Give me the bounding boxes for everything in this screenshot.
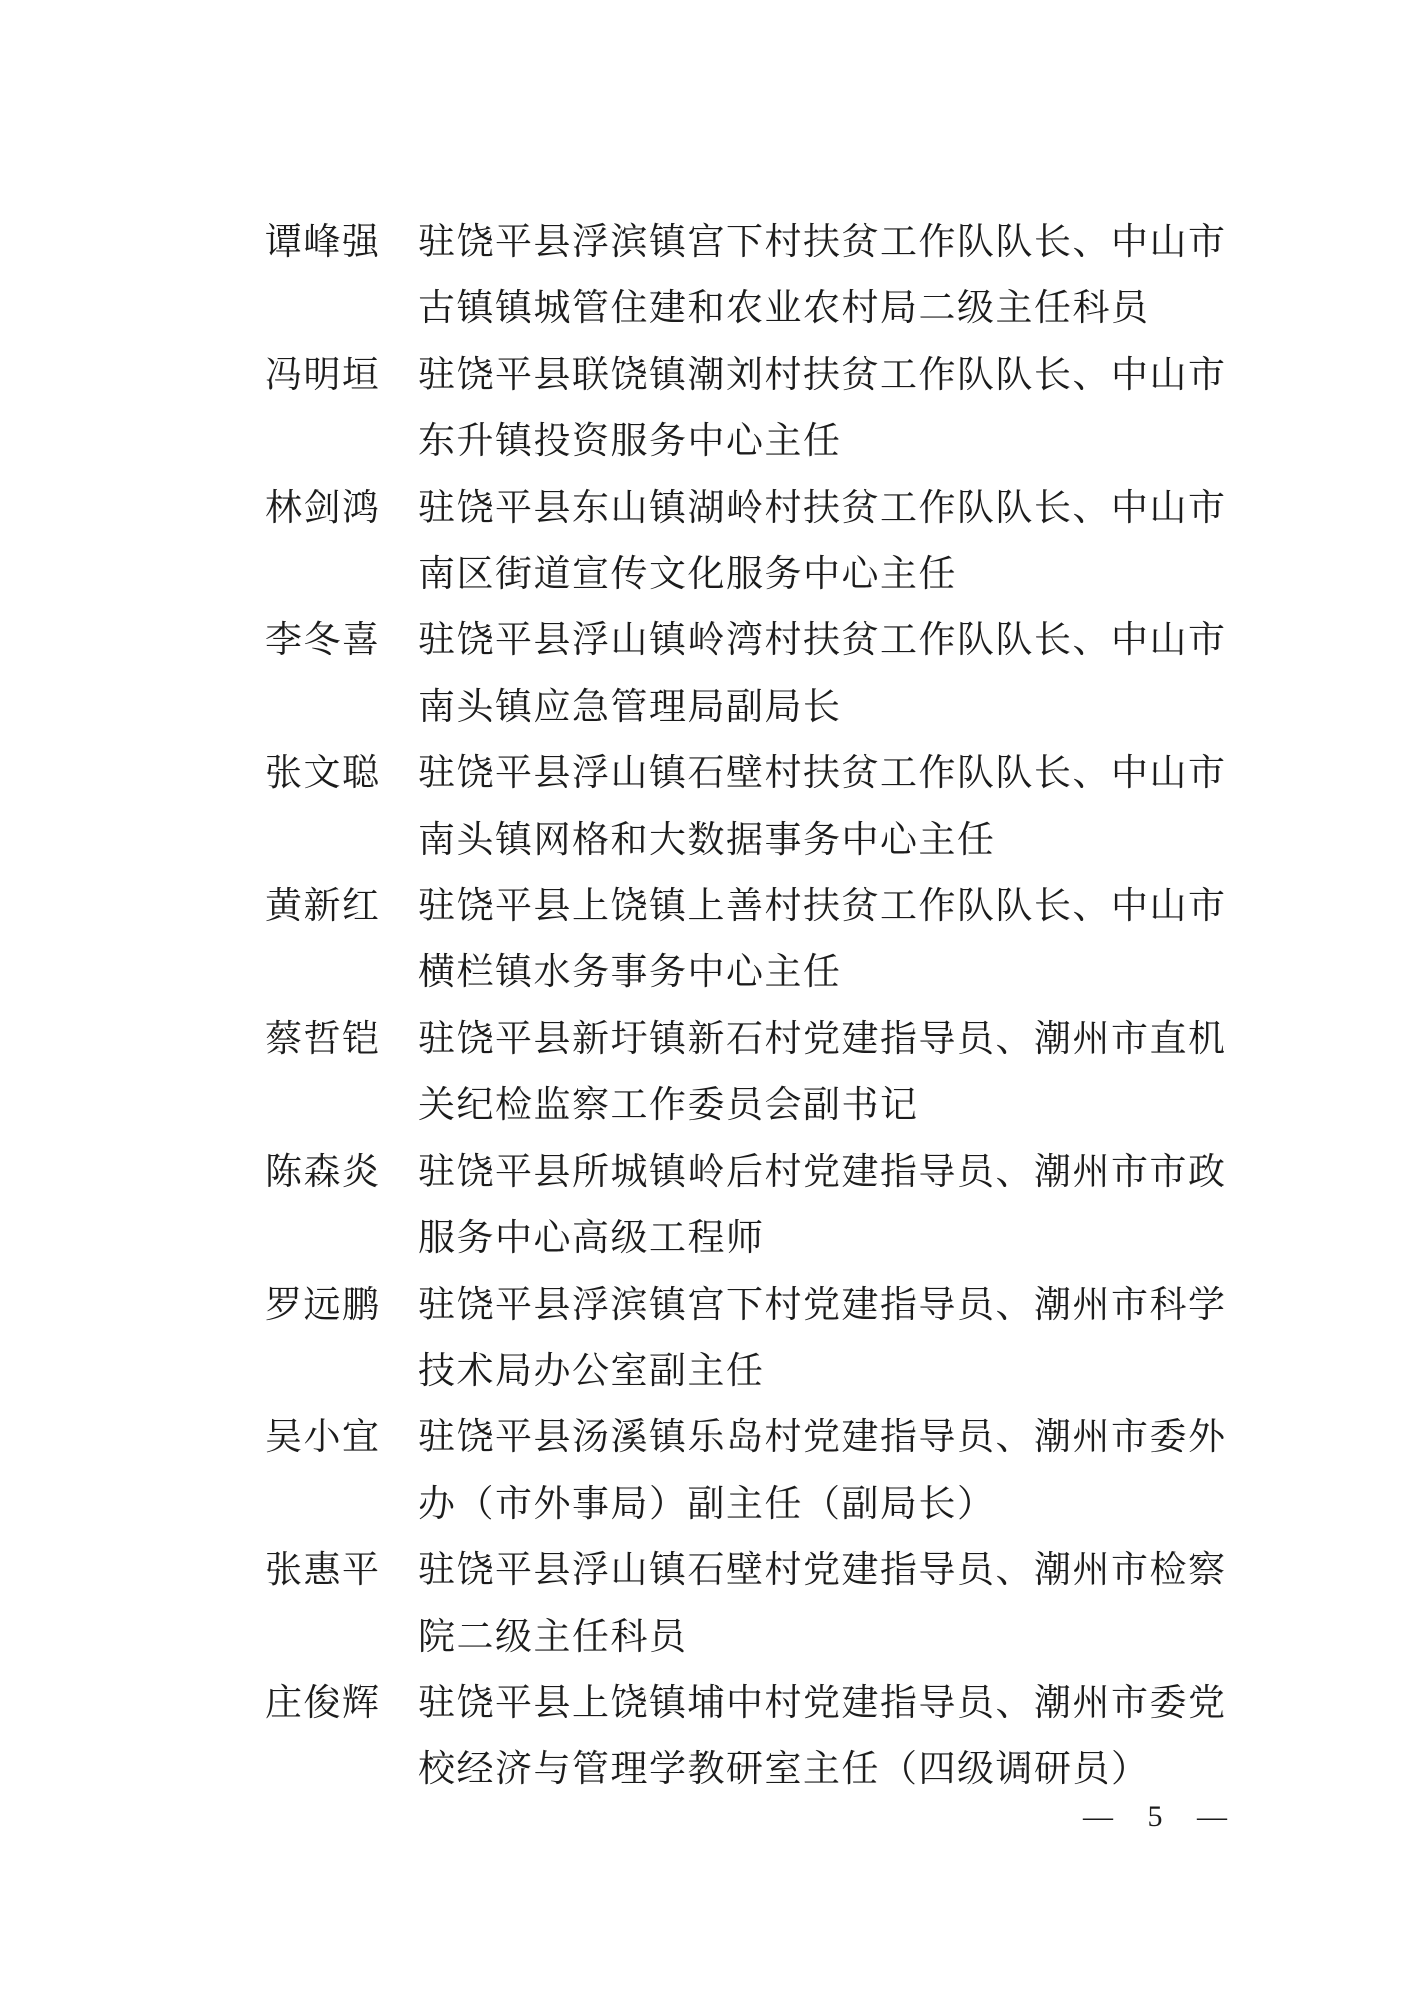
position-description: 驻饶平县浮山镇石壁村党建指导员、潮州市检察 院二级主任科员 bbox=[418, 1538, 1278, 1671]
roster-entry: 冯明垣 驻饶平县联饶镇潮刘村扶贫工作队队长、中山市 东升镇投资服务中心主任 bbox=[265, 343, 1278, 476]
position-description: 驻饶平县上饶镇埔中村党建指导员、潮州市委党 校经济与管理学教研室主任（四级调研员… bbox=[418, 1671, 1278, 1804]
document-page: 谭峰强 驻饶平县浮滨镇宫下村扶贫工作队队长、中山市 古镇镇城管住建和农业农村局二… bbox=[0, 0, 1410, 1995]
roster-entry: 吴小宜 驻饶平县汤溪镇乐岛村党建指导员、潮州市委外 办（市外事局）副主任（副局长… bbox=[265, 1405, 1278, 1538]
position-line-1: 驻饶平县浮山镇石壁村扶贫工作队队长、中山市 bbox=[418, 741, 1278, 807]
page-number: — 5 — bbox=[1083, 1800, 1227, 1834]
position-line-2: 校经济与管理学教研室主任（四级调研员） bbox=[418, 1737, 1278, 1803]
position-line-1: 驻饶平县东山镇湖岭村扶贫工作队队长、中山市 bbox=[418, 476, 1278, 542]
position-description: 驻饶平县上饶镇上善村扶贫工作队队长、中山市 横栏镇水务事务中心主任 bbox=[418, 874, 1278, 1007]
position-description: 驻饶平县浮滨镇宫下村扶贫工作队队长、中山市 古镇镇城管住建和农业农村局二级主任科… bbox=[418, 210, 1278, 343]
footer-dash-right: — bbox=[1197, 1800, 1227, 1834]
roster-entry: 张文聪 驻饶平县浮山镇石壁村扶贫工作队队长、中山市 南头镇网格和大数据事务中心主… bbox=[265, 741, 1278, 874]
position-line-1: 驻饶平县浮滨镇宫下村扶贫工作队队长、中山市 bbox=[418, 210, 1278, 276]
position-line-1: 驻饶平县上饶镇上善村扶贫工作队队长、中山市 bbox=[418, 874, 1278, 940]
position-line-2: 技术局办公室副主任 bbox=[418, 1339, 1278, 1405]
position-line-2: 服务中心高级工程师 bbox=[418, 1206, 1278, 1272]
position-line-2: 南区街道宣传文化服务中心主任 bbox=[418, 542, 1278, 608]
roster-entry: 蔡哲铠 驻饶平县新圩镇新石村党建指导员、潮州市直机 关纪检监察工作委员会副书记 bbox=[265, 1007, 1278, 1140]
position-line-2: 东升镇投资服务中心主任 bbox=[418, 409, 1278, 475]
roster-entry: 张惠平 驻饶平县浮山镇石壁村党建指导员、潮州市检察 院二级主任科员 bbox=[265, 1538, 1278, 1671]
position-line-2: 关纪检监察工作委员会副书记 bbox=[418, 1073, 1278, 1139]
roster-entry: 谭峰强 驻饶平县浮滨镇宫下村扶贫工作队队长、中山市 古镇镇城管住建和农业农村局二… bbox=[265, 210, 1278, 343]
position-line-2: 南头镇应急管理局副局长 bbox=[418, 675, 1278, 741]
position-description: 驻饶平县新圩镇新石村党建指导员、潮州市直机 关纪检监察工作委员会副书记 bbox=[418, 1007, 1278, 1140]
roster-entry: 黄新红 驻饶平县上饶镇上善村扶贫工作队队长、中山市 横栏镇水务事务中心主任 bbox=[265, 874, 1278, 1007]
position-line-1: 驻饶平县新圩镇新石村党建指导员、潮州市直机 bbox=[418, 1007, 1278, 1073]
roster-list: 谭峰强 驻饶平县浮滨镇宫下村扶贫工作队队长、中山市 古镇镇城管住建和农业农村局二… bbox=[265, 210, 1278, 1804]
footer-dash-left: — bbox=[1083, 1800, 1113, 1834]
position-line-2: 办（市外事局）副主任（副局长） bbox=[418, 1472, 1278, 1538]
position-description: 驻饶平县汤溪镇乐岛村党建指导员、潮州市委外 办（市外事局）副主任（副局长） bbox=[418, 1405, 1278, 1538]
person-name: 冯明垣 bbox=[265, 343, 418, 476]
roster-entry: 李冬喜 驻饶平县浮山镇岭湾村扶贫工作队队长、中山市 南头镇应急管理局副局长 bbox=[265, 608, 1278, 741]
position-line-2: 古镇镇城管住建和农业农村局二级主任科员 bbox=[418, 276, 1278, 342]
person-name: 张文聪 bbox=[265, 741, 418, 874]
roster-entry: 陈森炎 驻饶平县所城镇岭后村党建指导员、潮州市市政 服务中心高级工程师 bbox=[265, 1140, 1278, 1273]
position-line-1: 驻饶平县所城镇岭后村党建指导员、潮州市市政 bbox=[418, 1140, 1278, 1206]
person-name: 吴小宜 bbox=[265, 1405, 418, 1538]
roster-entry: 庄俊辉 驻饶平县上饶镇埔中村党建指导员、潮州市委党 校经济与管理学教研室主任（四… bbox=[265, 1671, 1278, 1804]
roster-entry: 罗远鹏 驻饶平县浮滨镇宫下村党建指导员、潮州市科学 技术局办公室副主任 bbox=[265, 1273, 1278, 1406]
position-line-2: 院二级主任科员 bbox=[418, 1605, 1278, 1671]
person-name: 黄新红 bbox=[265, 874, 418, 1007]
position-description: 驻饶平县联饶镇潮刘村扶贫工作队队长、中山市 东升镇投资服务中心主任 bbox=[418, 343, 1278, 476]
position-line-2: 横栏镇水务事务中心主任 bbox=[418, 940, 1278, 1006]
position-line-1: 驻饶平县联饶镇潮刘村扶贫工作队队长、中山市 bbox=[418, 343, 1278, 409]
position-line-2: 南头镇网格和大数据事务中心主任 bbox=[418, 808, 1278, 874]
position-line-1: 驻饶平县浮山镇岭湾村扶贫工作队队长、中山市 bbox=[418, 608, 1278, 674]
roster-entry: 林剑鸿 驻饶平县东山镇湖岭村扶贫工作队队长、中山市 南区街道宣传文化服务中心主任 bbox=[265, 476, 1278, 609]
person-name: 蔡哲铠 bbox=[265, 1007, 418, 1140]
person-name: 张惠平 bbox=[265, 1538, 418, 1671]
position-description: 驻饶平县所城镇岭后村党建指导员、潮州市市政 服务中心高级工程师 bbox=[418, 1140, 1278, 1273]
person-name: 庄俊辉 bbox=[265, 1671, 418, 1804]
person-name: 李冬喜 bbox=[265, 608, 418, 741]
position-line-1: 驻饶平县上饶镇埔中村党建指导员、潮州市委党 bbox=[418, 1671, 1278, 1737]
person-name: 罗远鹏 bbox=[265, 1273, 418, 1406]
person-name: 谭峰强 bbox=[265, 210, 418, 343]
footer-page-number: 5 bbox=[1148, 1800, 1163, 1834]
position-line-1: 驻饶平县浮滨镇宫下村党建指导员、潮州市科学 bbox=[418, 1273, 1278, 1339]
position-line-1: 驻饶平县浮山镇石壁村党建指导员、潮州市检察 bbox=[418, 1538, 1278, 1604]
person-name: 林剑鸿 bbox=[265, 476, 418, 609]
position-description: 驻饶平县浮山镇岭湾村扶贫工作队队长、中山市 南头镇应急管理局副局长 bbox=[418, 608, 1278, 741]
position-line-1: 驻饶平县汤溪镇乐岛村党建指导员、潮州市委外 bbox=[418, 1405, 1278, 1471]
position-description: 驻饶平县浮滨镇宫下村党建指导员、潮州市科学 技术局办公室副主任 bbox=[418, 1273, 1278, 1406]
person-name: 陈森炎 bbox=[265, 1140, 418, 1273]
position-description: 驻饶平县东山镇湖岭村扶贫工作队队长、中山市 南区街道宣传文化服务中心主任 bbox=[418, 476, 1278, 609]
position-description: 驻饶平县浮山镇石壁村扶贫工作队队长、中山市 南头镇网格和大数据事务中心主任 bbox=[418, 741, 1278, 874]
